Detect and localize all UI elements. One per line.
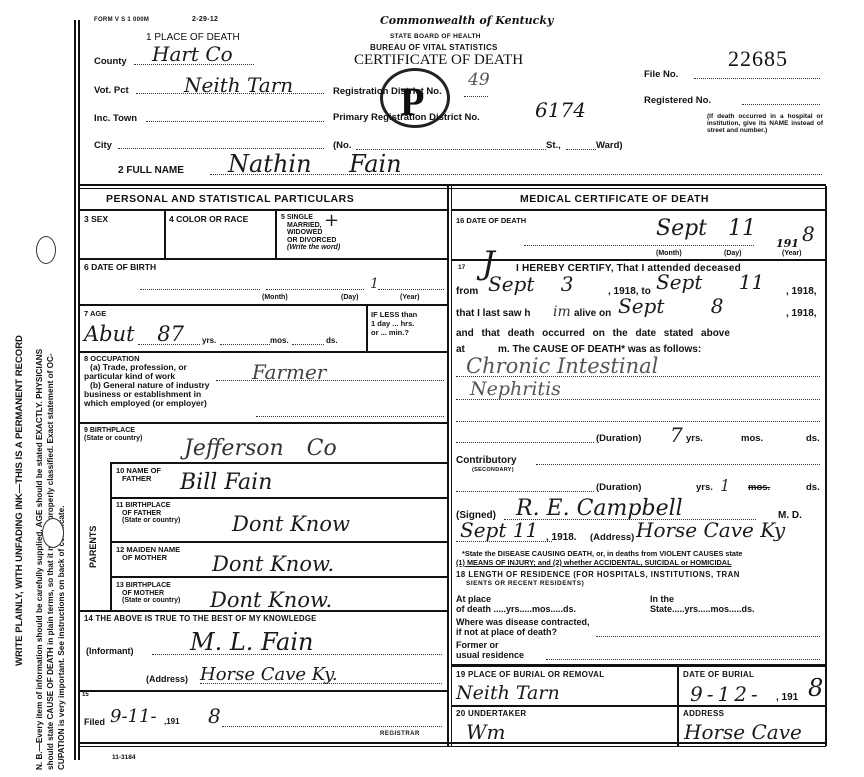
contrib-duration-yrs: yrs.: [696, 482, 713, 493]
county-row: County Hart Co: [94, 54, 244, 70]
parents-label: PARENTS: [88, 526, 99, 568]
medical-title-rule: [452, 209, 826, 211]
former-residence-2: usual residence: [456, 650, 524, 660]
age-ds-label: ds.: [326, 336, 338, 345]
contrib-duration-line: [456, 491, 594, 492]
father-name-label: 10 NAME OF FATHER: [116, 467, 161, 483]
personal-title-rule: [80, 209, 447, 211]
mother-bp-label-2: OF MOTHER: [116, 590, 180, 598]
hospital-note: (If death occurred in a hospital or inst…: [707, 113, 823, 134]
burial-place-label: 19 PLACE OF BURIAL OR REMOVAL: [456, 670, 604, 679]
at-place-label: At place of death .....yrs.....mos.....d…: [456, 594, 576, 614]
if-less-line-1: IF LESS than: [371, 310, 417, 319]
filed-label: Filed: [84, 717, 105, 727]
residence-label-2: SIENTS OR RECENT RESIDENTS): [456, 579, 740, 588]
dob-day-line: [266, 289, 364, 290]
disease-where-1: Where was disease contracted,: [456, 617, 590, 627]
county-label: County: [94, 56, 127, 67]
dob-year-caption: (Year): [400, 294, 419, 301]
birthplace-bottom-rule: [110, 462, 447, 464]
duration-value: 7: [670, 423, 683, 447]
in-state-line-2: State.....yrs.....mos.....ds.: [650, 604, 755, 614]
city-line: [118, 148, 324, 149]
signed-address-value: Horse Cave Ky: [636, 518, 785, 542]
personal-section-title: PERSONAL AND STATISTICAL PARTICULARS: [106, 193, 354, 205]
file-no-label: File No.: [644, 69, 678, 80]
footnote-line-2: (1) MEANS OF INJURY; and (2) whether ACC…: [456, 558, 742, 567]
last-saw-pronoun: im: [553, 304, 571, 320]
right-border: [825, 186, 827, 746]
in-state-line-1: In the: [650, 594, 755, 604]
inc-town-label: Inc. Town: [94, 113, 137, 124]
parents-divider: [110, 462, 112, 610]
birthplace-sublabel: (State or country): [84, 435, 142, 443]
registration-district-label: Registration District No.: [333, 86, 442, 97]
mother-bp-label-3: (State or country): [116, 597, 180, 605]
mother-name-value: Dont Know.: [212, 552, 334, 576]
occupation-bottom-rule: [80, 422, 447, 424]
father-name-rule: [110, 497, 447, 499]
disease-where: Where was disease contracted, if not at …: [456, 617, 590, 637]
informant-value: M. L. Fain: [190, 628, 314, 656]
last-saw-value: Sept 8: [618, 294, 723, 318]
age-ds-line: [292, 344, 324, 345]
undertaker-address-label: ADDRESS: [683, 709, 724, 718]
alive-on-label: alive on: [574, 308, 611, 319]
mother-name-rule: [110, 576, 447, 578]
duration-ds: ds.: [806, 433, 820, 444]
ward-label: Ward): [596, 140, 623, 151]
burial-date-value: 9-12-: [690, 682, 762, 706]
at-place-line-2: of death .....yrs.....mos.....ds.: [456, 604, 576, 614]
dob-label: 6 DATE OF BIRTH: [84, 263, 156, 272]
from-label: from: [456, 286, 478, 297]
form-id: FORM V S 1 000M: [94, 17, 149, 23]
signed-date-value: Sept 11: [460, 518, 538, 542]
filed-number: 15: [82, 692, 89, 698]
filed-date-value: 9-11-: [110, 706, 157, 727]
registration-district-value: 49: [468, 70, 490, 90]
occupation-b-line: [256, 416, 444, 417]
ward-line: [566, 149, 596, 150]
left-border: [74, 20, 76, 760]
full-name-value: Nathin Fain: [228, 150, 402, 178]
disease-where-line: [596, 636, 820, 637]
occupation-a-value: Farmer: [252, 360, 326, 384]
father-birthplace-value: Dont Know: [232, 512, 350, 536]
sex-race-divider: [164, 210, 166, 258]
dob-month-caption: (Month): [262, 294, 288, 301]
margin-line-2: N. B.—Every item of information should b…: [34, 349, 45, 770]
medical-section-title: MEDICAL CERTIFICATE OF DEATH: [520, 193, 709, 205]
mother-name-label: 12 MAIDEN NAME OF MOTHER: [116, 546, 180, 562]
father-bp-label-1: 11 BIRTHPLACE: [116, 502, 180, 510]
contributory-label: Contributory: [456, 455, 517, 466]
dod-value: Sept 11: [656, 216, 756, 241]
burial-top-rule: [452, 664, 826, 667]
marital-line-5: (Write the word): [281, 244, 340, 252]
last-saw-year: , 1918,: [786, 308, 817, 319]
burial-year-suffix: 8: [808, 674, 823, 702]
mother-name-label-2: OF MOTHER: [116, 554, 180, 562]
duration-yrs: yrs.: [686, 433, 703, 444]
center-divider: [447, 186, 449, 746]
to-year: , 1918,: [786, 286, 817, 297]
mother-bp-label-1: 13 BIRTHPLACE: [116, 582, 180, 590]
in-state-label: In the State.....yrs.....mos.....ds.: [650, 594, 755, 614]
cause-line-3: [456, 421, 820, 422]
sex-label: 3 SEX: [84, 215, 108, 224]
cert-number: 17: [458, 264, 465, 271]
if-less-note: IF LESS than 1 day ... hrs. or ... min.?: [371, 310, 417, 337]
cause-value-2: Nephritis: [470, 378, 561, 400]
city-label: City: [94, 140, 112, 151]
mother-birthplace-value: Dont Know.: [210, 588, 332, 612]
former-residence-1: Former or: [456, 640, 524, 650]
filed-year-suffix: 8: [208, 704, 221, 728]
contrib-duration-value: 1: [720, 476, 730, 495]
father-name-label-2: FATHER: [116, 475, 161, 483]
dod-year-suffix: 8: [802, 222, 815, 246]
bottom-rule-2: [80, 746, 826, 747]
contributory-line: [536, 464, 820, 465]
father-birthplace-rule: [110, 541, 447, 543]
left-border-inner: [78, 20, 80, 760]
board-title: STATE BOARD OF HEALTH: [390, 33, 481, 40]
dod-year-prefix: 191: [776, 237, 799, 250]
age-mos-line: [220, 344, 270, 345]
race-label: 4 COLOR OR RACE: [169, 215, 248, 224]
occupation-b-line-3: which employed (or employer): [84, 399, 210, 408]
dob-year-line: [378, 289, 444, 290]
occupation-a-line: [216, 380, 444, 381]
age-mos-label: mos.: [270, 336, 289, 345]
contrib-duration-ds: ds.: [806, 482, 820, 493]
vot-pct-label: Vot. Pct: [94, 85, 129, 96]
registration-district-line: [464, 96, 488, 97]
file-no-value: 22685: [728, 46, 788, 72]
race-marital-divider: [275, 210, 277, 258]
row3-bottom-rule: [80, 258, 447, 260]
age-yrs-line: [138, 344, 200, 345]
birthplace-value: Jefferson Co: [184, 436, 337, 461]
true-statement: 14 THE ABOVE IS TRUE TO THE BEST OF MY K…: [84, 614, 317, 623]
age-if-less-divider: [366, 305, 368, 351]
contributory-sublabel: (SECONDARY): [472, 467, 514, 473]
former-residence: Former or usual residence: [456, 640, 524, 660]
father-bp-label-3: (State or country): [116, 517, 180, 525]
st-label: St.,: [546, 140, 561, 151]
certificate-title: CERTIFICATE OF DEATH: [354, 52, 523, 69]
primary-registration-label: Primary Registration District No.: [333, 112, 480, 123]
marital-line-4: OR DIVORCED: [281, 237, 340, 245]
registered-no-label: Registered No.: [644, 95, 711, 106]
primary-registration-value: 6174: [535, 98, 586, 122]
dod-bottom-rule: [452, 259, 826, 261]
dob-bottom-rule: [80, 304, 447, 306]
footnote: *State the DISEASE CAUSING DEATH, or, in…: [456, 549, 742, 567]
undertaker-address-value: Horse Cave: [684, 720, 802, 744]
filed-line: [222, 726, 442, 727]
dod-line: [524, 245, 754, 246]
dod-label: 16 DATE OF DEATH: [456, 216, 526, 225]
margin-line-1: WRITE PLAINLY, WITH UNFADING INK—THIS IS…: [14, 335, 25, 666]
birthplace-block: 9 BIRTHPLACE (State or country): [84, 427, 142, 442]
former-residence-line: [546, 659, 820, 660]
dod-day-caption: (Day): [724, 250, 742, 257]
father-name-value: Bill Fain: [180, 470, 272, 495]
duration-row: (Duration) 7 yrs. mos. ds.: [456, 433, 826, 447]
cause-value-1: Chronic Intestinal: [466, 354, 658, 378]
mother-birthplace-label: 13 BIRTHPLACE OF MOTHER (State or countr…: [116, 582, 180, 605]
age-bottom-rule: [80, 351, 447, 353]
burial-date-label: DATE OF BURIAL: [683, 670, 754, 679]
dod-month-caption: (Month): [656, 250, 682, 257]
form-number: 11-3184: [112, 754, 136, 761]
marital-status-value: +: [324, 210, 339, 231]
if-less-line-2: 1 day ... hrs.: [371, 319, 417, 328]
disease-where-2: if not at place of death?: [456, 627, 590, 637]
signed-date-row: Sept 11 , 1918. (Address) Horse Cave Ky: [456, 528, 826, 546]
duration-label: (Duration): [596, 433, 641, 444]
full-name-label: 2 FULL NAME: [118, 165, 184, 176]
duration-line: [456, 442, 594, 443]
informant-address-value: Horse Cave Ky.: [200, 664, 338, 685]
at-place-line-1: At place: [456, 594, 576, 604]
last-saw-label: that I last saw h: [456, 308, 530, 319]
residence-label-1: 18 LENGTH OF RESIDENCE (FOR HOSPITALS, I…: [456, 570, 740, 579]
undertaker-value: Wm: [466, 720, 506, 744]
age-yrs-label: yrs.: [202, 336, 216, 345]
vot-pct-value: Neith Tarn: [184, 73, 293, 97]
occupation-block: 8 OCCUPATION (a) Trade, profession, or p…: [84, 354, 210, 408]
filed-year-prefix: ,191: [164, 717, 180, 726]
birthplace-label: 9 BIRTHPLACE: [84, 427, 142, 435]
form-date: 2-29-12: [192, 16, 218, 23]
burial-place-value: Neith Tarn: [456, 682, 560, 704]
signed-address-label: (Address): [590, 532, 634, 543]
residence-label: 18 LENGTH OF RESIDENCE (FOR HOSPITALS, I…: [456, 570, 740, 588]
burial-year-prefix: , 191: [776, 692, 798, 703]
informant-label: (Informant): [86, 646, 134, 656]
punch-hole: [42, 518, 64, 548]
if-less-line-3: or ... min.?: [371, 328, 417, 337]
age-label: 7 AGE: [84, 309, 106, 318]
age-value: Abut 87: [84, 322, 184, 346]
dod-year-caption: (Year): [782, 250, 801, 257]
duration-mos: mos.: [741, 433, 763, 444]
center-divider-2: [451, 186, 452, 746]
top-separator-2: [80, 188, 826, 189]
file-no-line: [694, 78, 820, 79]
footnote-line-1: *State the DISEASE CAUSING DEATH, or, in…: [456, 549, 742, 558]
margin-line-3: should state CAUSE OF DEATH in plain ter…: [45, 353, 56, 770]
last-saw-row: that I last saw h im alive on Sept 8 , 1…: [456, 306, 826, 324]
father-birthplace-label: 11 BIRTHPLACE OF FATHER (State or countr…: [116, 502, 180, 525]
top-separator: [80, 184, 826, 186]
burial-mid-rule: [452, 705, 826, 707]
commonwealth-title: Commonwealth of Kentucky: [380, 14, 553, 27]
signed-date-line: [456, 541, 552, 542]
contrib-duration-row: (Duration) yrs. 1 mos. ds.: [456, 482, 826, 496]
bureau-title: BUREAU OF VITAL STATISTICS: [370, 43, 498, 52]
parents-bottom-rule: [80, 610, 447, 612]
registered-no-line: [742, 104, 820, 105]
registrar-label: REGISTRAR: [380, 731, 420, 737]
from-value: Sept 3: [488, 272, 573, 296]
informant-address-label: (Address): [146, 674, 188, 684]
punch-hole: [36, 236, 56, 264]
inc-town-line: [146, 121, 324, 122]
county-value: Hart Co: [152, 42, 233, 66]
dob-day-caption: (Day): [341, 294, 359, 301]
occurred-text: and that death occurred on the date stat…: [456, 328, 730, 339]
at-label: at: [456, 344, 465, 355]
father-bp-label-2: OF FATHER: [116, 510, 180, 518]
vot-pct-row: Vot. Pct Neith Tarn: [94, 83, 334, 99]
contrib-duration-label: (Duration): [596, 482, 641, 493]
dob-month-line: [140, 289, 260, 290]
contrib-duration-mos: mos.: [748, 482, 770, 493]
undertaker-label: 20 UNDERTAKER: [456, 709, 526, 718]
informant-bottom-rule: [80, 690, 447, 692]
to-value: Sept 11: [656, 270, 764, 294]
